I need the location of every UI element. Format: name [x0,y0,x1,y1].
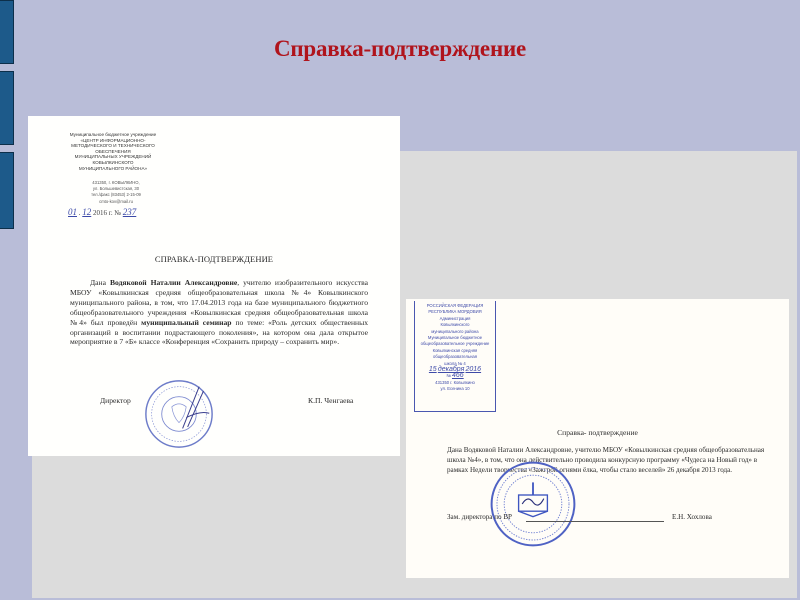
body-text: Дана [90,278,110,287]
address-line: cmto-kov@mail.ru [76,199,156,205]
signatory-role: Зам. директора по ВР [447,513,512,521]
event-name: муниципальный семинар [141,318,231,327]
outgoing-day: 01 [68,207,77,217]
outgoing-year: 2016 г. [93,209,113,217]
document-heading: Справка- подтверждение [406,428,789,437]
corner-stamp: РОССИЙСКАЯ ФЕДЕРАЦИЯ РЕСПУБЛИКА МОРДОВИЯ… [414,301,496,412]
signature-line [526,521,664,522]
org-line: МУНИЦИПАЛЬНОГО РАЙОНА» [58,166,168,172]
document-heading: СПРАВКА-ПОДТВЕРЖДЕНИЕ [28,254,400,264]
organization-address: 431350, г. КОВЫЛКИНО, ул. Большевистская… [76,180,156,205]
certificate-document-1: Муниципальное бюджетное учреждение «ЦЕНТ… [28,116,400,456]
outgoing-number: 01 . 12 2016 г. № 237 [68,207,136,217]
signatory-name: К.П. Ченгаева [308,396,353,405]
signatory-name: Е.Н. Хохлова [672,513,712,521]
outgoing-month: 12 [82,207,91,217]
certificate-document-2: РОССИЙСКАЯ ФЕДЕРАЦИЯ РЕСПУБЛИКА МОРДОВИЯ… [406,299,789,578]
stamp-line: общеобразовательное учреждение [415,341,495,347]
round-seal-icon [488,459,578,549]
outgoing-number-value: 237 [123,207,137,217]
side-accent-bar-2 [0,71,14,145]
organization-header: Муниципальное бюджетное учреждение «ЦЕНТ… [58,132,168,171]
stamp-date-year: 2016 [466,366,482,373]
round-seal-icon [143,378,215,450]
org-line: МЕТОДИЧЕСКОГО И ТЕХНИЧЕСКОГО [58,143,168,149]
stamp-line: ул. Есенина 10 [415,386,495,392]
document-body: Дана Водяковой Наталии Александровне, уч… [70,278,368,347]
signatory-role: Директор [100,396,131,405]
org-line: Муниципальное бюджетное учреждение [58,132,168,138]
side-accent-bar-3 [0,152,14,229]
stamp-date-day: 15 [429,366,437,373]
stamp-number-value: 466 [452,372,464,379]
stamp-number-label: № [446,373,451,378]
recipient-name: Водяковой Наталии Александровне [110,278,237,287]
outgoing-number-label: № [114,209,121,217]
slide-title: Справка-подтверждение [0,36,800,62]
